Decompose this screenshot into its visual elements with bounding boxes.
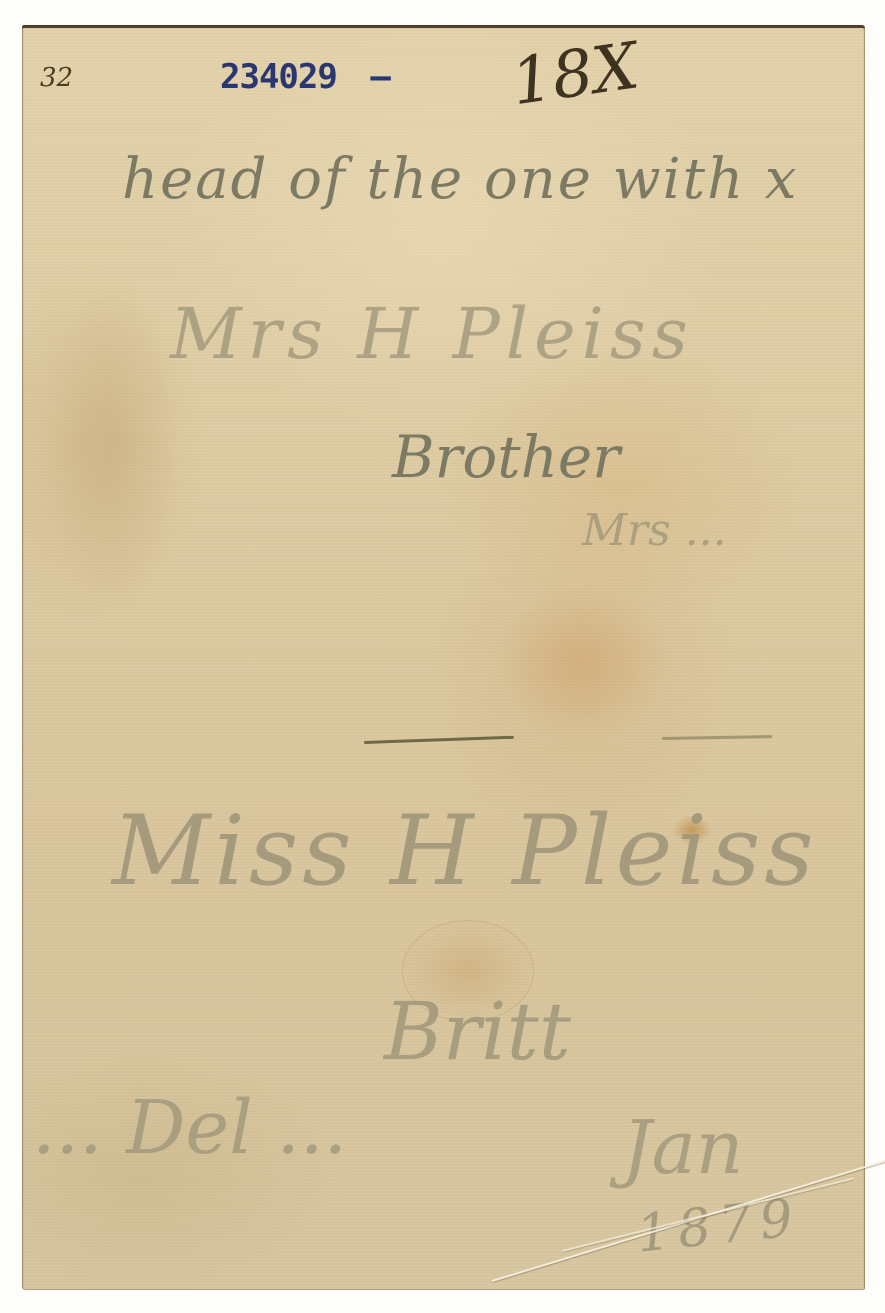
handwritten-line-5: Miss H Pleiss: [112, 795, 818, 907]
underline-right: [662, 735, 772, 740]
stain-left: [42, 275, 182, 615]
top-right-note: 18X: [507, 29, 643, 120]
catalog-stamp: 234029 –: [220, 57, 390, 97]
underline-left: [364, 736, 514, 744]
stain-center: [492, 585, 672, 735]
photo-card-back: 32 234029 – 18X head of the one with x M…: [22, 25, 865, 1290]
handwritten-line-4: Mrs ...: [582, 505, 727, 556]
stamp-number: 234029: [220, 57, 337, 97]
handwritten-line-6: Britt: [384, 985, 571, 1078]
handwritten-line-2: Mrs H Pleiss: [170, 293, 694, 375]
corner-note: 32: [40, 63, 73, 93]
handwritten-line-7: ... Del ...: [32, 1085, 347, 1171]
handwritten-line-1: head of the one with x: [122, 147, 799, 212]
handwritten-line-3: Brother: [392, 423, 620, 491]
handwritten-line-8: Jan: [622, 1105, 743, 1191]
stamp-dash: –: [370, 57, 389, 97]
erased-text: [372, 625, 390, 690]
